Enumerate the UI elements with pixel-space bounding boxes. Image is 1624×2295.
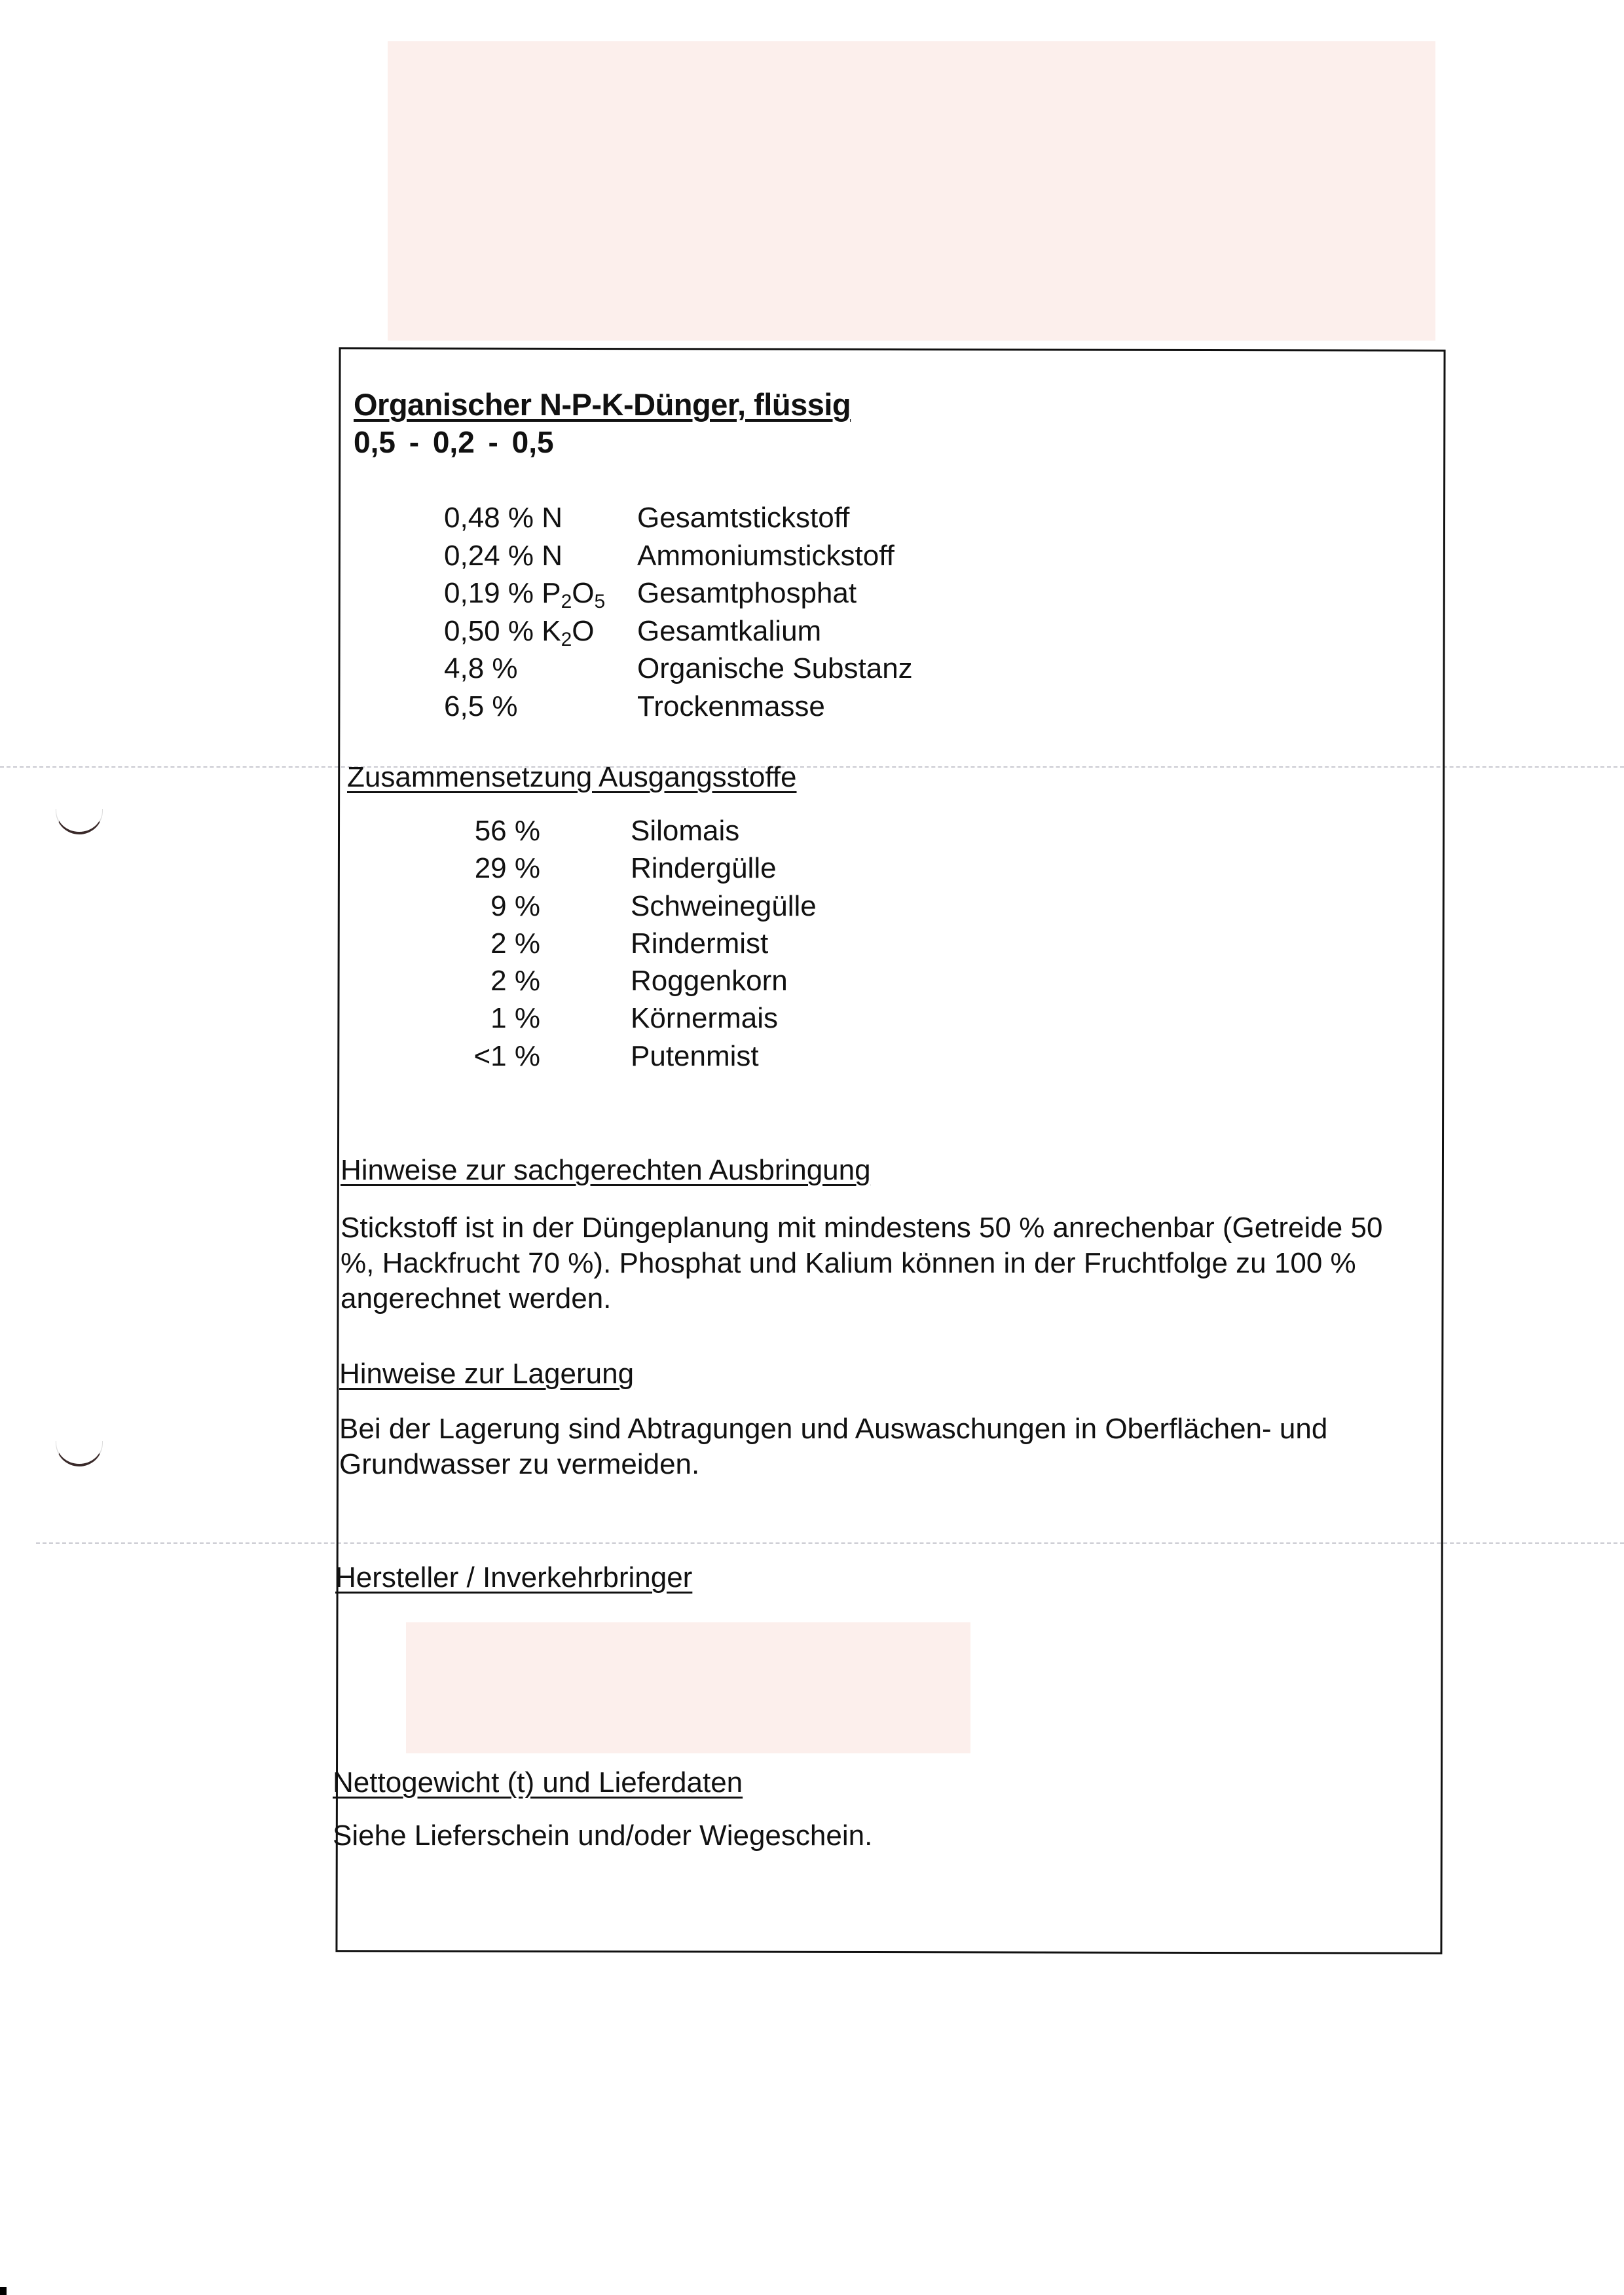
composition-row: 2 %Roggenkorn bbox=[445, 962, 817, 999]
composition-percent: <1 % bbox=[445, 1037, 540, 1075]
nutrient-value: 0,48 % N bbox=[444, 499, 637, 537]
storage-heading: Hinweise zur Lagerung bbox=[339, 1358, 634, 1390]
composition-material: Schweinegülle bbox=[631, 887, 817, 925]
nutrient-value: 6,5 % bbox=[444, 688, 637, 726]
nutrient-value: 0,24 % N bbox=[444, 537, 637, 575]
nutrient-row: 6,5 % Trockenmasse bbox=[444, 688, 913, 726]
composition-material: Roggenkorn bbox=[631, 962, 788, 999]
redacted-header-area bbox=[388, 41, 1435, 341]
manufacturer-heading: Hersteller / Inverkehrbringer bbox=[335, 1561, 692, 1594]
nutrient-value: 4,8 % bbox=[444, 650, 637, 688]
composition-heading: Zusammensetzung Ausgangsstoffe bbox=[347, 761, 797, 794]
nutrient-value: 0,19 % P2O5 bbox=[444, 574, 637, 612]
application-heading: Hinweise zur sachgerechten Ausbringung bbox=[341, 1154, 871, 1187]
nutrient-label: Ammoniumstickstoff bbox=[637, 537, 895, 575]
nutrient-label: Organische Substanz bbox=[637, 650, 913, 688]
composition-percent: 56 % bbox=[445, 812, 540, 849]
composition-table: 56 %Silomais 29 %Rindergülle 9 %Schweine… bbox=[445, 812, 817, 1075]
composition-material: Körnermais bbox=[631, 999, 778, 1037]
composition-row: 1 %Körnermais bbox=[445, 999, 817, 1037]
composition-percent: 1 % bbox=[445, 999, 540, 1037]
composition-percent: 29 % bbox=[445, 849, 540, 887]
nutrient-label: Gesamtstickstoff bbox=[637, 499, 849, 537]
composition-material: Silomais bbox=[631, 812, 739, 849]
net-weight-heading: Nettogewicht (t) und Lieferdaten bbox=[333, 1766, 743, 1799]
composition-percent: 9 % bbox=[445, 887, 540, 925]
nutrient-value: 0,50 % K2O bbox=[444, 612, 637, 650]
composition-percent: 2 % bbox=[445, 925, 540, 962]
product-title: Organischer N-P-K-Dünger, flüssig bbox=[354, 386, 851, 422]
storage-text: Bei der Lagerung sind Abtragungen und Au… bbox=[339, 1411, 1420, 1482]
nutrient-row: 0,48 % N Gesamtstickstoff bbox=[444, 499, 913, 537]
nutrient-row: 4,8 % Organische Substanz bbox=[444, 650, 913, 688]
composition-material: Putenmist bbox=[631, 1037, 759, 1075]
composition-row: 56 %Silomais bbox=[445, 812, 817, 849]
composition-material: Rindergülle bbox=[631, 849, 777, 887]
composition-row: 9 %Schweinegülle bbox=[445, 887, 817, 925]
punch-hole-mark bbox=[56, 1441, 103, 1466]
composition-row: 29 %Rindergülle bbox=[445, 849, 817, 887]
composition-row: <1 %Putenmist bbox=[445, 1037, 817, 1075]
nutrient-row: 0,50 % K2O Gesamtkalium bbox=[444, 612, 913, 650]
nutrient-row: 0,19 % P2O5 Gesamtphosphat bbox=[444, 574, 913, 612]
net-weight-text: Siehe Lieferschein und/oder Wiegeschein. bbox=[333, 1818, 1380, 1854]
nutrient-label: Trockenmasse bbox=[637, 688, 825, 726]
nutrient-label: Gesamtkalium bbox=[637, 612, 821, 650]
nutrient-row: 0,24 % N Ammoniumstickstoff bbox=[444, 537, 913, 575]
punch-hole-mark bbox=[56, 809, 103, 834]
nutrient-table: 0,48 % N Gesamtstickstoff 0,24 % N Ammon… bbox=[444, 499, 913, 725]
scan-corner-mark bbox=[0, 2287, 7, 2295]
composition-percent: 2 % bbox=[445, 962, 540, 999]
npk-ratio: 0,5 - 0,2 - 0,5 bbox=[354, 424, 554, 460]
composition-material: Rindermist bbox=[631, 925, 768, 962]
composition-row: 2 %Rindermist bbox=[445, 925, 817, 962]
nutrient-label: Gesamtphosphat bbox=[637, 574, 857, 612]
application-text: Stickstoff ist in der Düngeplanung mit m… bbox=[341, 1210, 1401, 1316]
redacted-manufacturer-address bbox=[406, 1622, 970, 1753]
